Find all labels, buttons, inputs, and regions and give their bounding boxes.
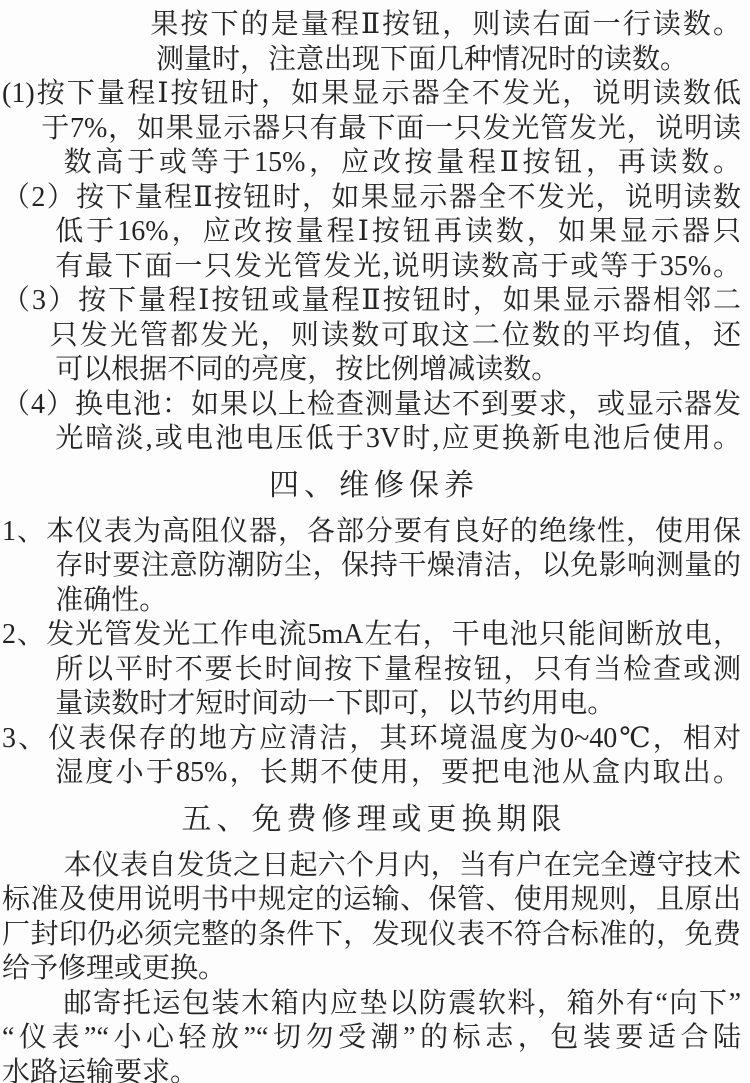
scanned-manual-page: 果按下的是量程Ⅱ按钮，则读右面一行读数。测量时，注意出现下面几种情况时的读数。(… — [0, 0, 750, 1083]
text-line: 水路运输要求。 — [2, 1056, 746, 1083]
section-heading: 五、免费修理或更换期限 — [2, 801, 746, 838]
section-heading: 四、维修保养 — [2, 467, 746, 504]
text-line: 数高于或等于15%，应改按量程Ⅱ按钮，再读数。 — [2, 146, 746, 181]
text-line: 2、发光管发光工作电流5mA左右，干电池只能间断放电， — [2, 618, 746, 653]
text-line: 给予修理或更换。 — [2, 952, 746, 987]
text-line: 本仪表自发货之日起六个月内，当有户在完全遵守技术 — [2, 849, 746, 884]
text-line: （3）按下量程Ⅰ按钮或量程Ⅱ按钮时，如果显示器相邻二 — [2, 284, 746, 319]
text-line: 有最下面一只发光管发光,说明读数高于或等于35%。 — [2, 250, 746, 285]
text-line: 厂封印仍必须完整的条件下，发现仪表不符合标准的，免费 — [2, 918, 746, 953]
text-line: 存时要注意防潮防尘，保持干燥清洁，以免影响测量的 — [2, 549, 746, 584]
text-line: 邮寄托运包装木箱内应垫以防震软料，箱外有“向下” — [2, 987, 746, 1022]
text-line: 3、仪表保存的地方应清洁，其环境温度为0~40℃，相对 — [2, 722, 746, 757]
text-line: 可以根据不同的亮度，按比例增减读数。 — [2, 353, 746, 388]
text-line: （4）换电池：如果以上检查测量达不到要求，或显示器发 — [2, 388, 746, 423]
text-line: 光暗淡,或电池电压低于3V时,应更换新电池后使用。 — [2, 422, 746, 457]
text-line: 量读数时才短时间动一下即可，以节约用电。 — [2, 687, 746, 722]
text-line: 只发光管都发光，则读数可取这二位数的平均值，还 — [2, 319, 746, 354]
text-line: 低于16%，应改按量程Ⅰ按钮再读数，如果显示器只 — [2, 215, 746, 250]
document-body: 果按下的是量程Ⅱ按钮，则读右面一行读数。测量时，注意出现下面几种情况时的读数。(… — [2, 8, 746, 1083]
text-line: 1、本仪表为高阻仪器，各部分要有良好的绝缘性，使用保 — [2, 515, 746, 550]
text-line: 湿度小于85%，长期不使用，要把电池从盒内取出。 — [2, 756, 746, 791]
text-line: 测量时，注意出现下面几种情况时的读数。 — [2, 43, 746, 78]
text-line: （2）按下量程Ⅱ按钮时，如果显示器全不发光，说明读数 — [2, 181, 746, 216]
text-line: 标准及使用说明书中规定的运输、保管、使用规则，且原出 — [2, 883, 746, 918]
text-line: 所以平时不要长时间按下量程按钮，只有当检查或测 — [2, 653, 746, 688]
text-line: 准确性。 — [2, 584, 746, 619]
text-line: 果按下的是量程Ⅱ按钮，则读右面一行读数。 — [2, 8, 746, 43]
text-line: (1)按下量程Ⅰ按钮时，如果显示器全不发光，说明读数低 — [2, 77, 746, 112]
text-line: “仪表”“小心轻放”“切勿受潮”的标志，包装要适合陆 — [2, 1021, 746, 1056]
text-line: 于7%，如果显示器只有最下面一只发光管发光，说明读 — [2, 112, 746, 147]
